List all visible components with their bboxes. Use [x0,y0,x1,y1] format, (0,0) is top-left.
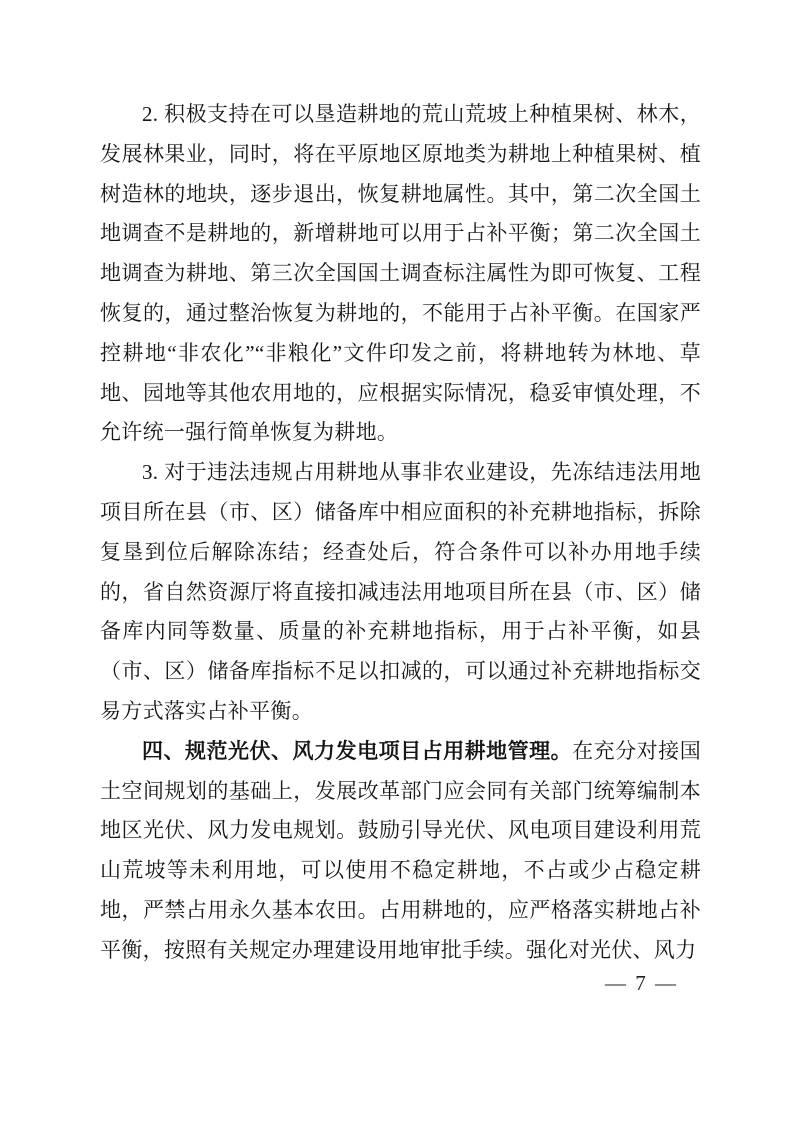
paragraph-item-2: 2. 积极支持在可以垦造耕地的荒山荒坡上种植果树、林木，发展林果业，同时，将在平… [100,95,701,453]
section-heading: 四、规范光伏、风力发电项目占用耕地管理。 [142,740,572,763]
page-number: — 7 — [605,971,678,996]
paragraph-section-4: 四、规范光伏、风力发电项目占用耕地管理。在充分对接国土空间规划的基础上，发展改革… [100,732,701,971]
paragraph-item-3: 3. 对于违法违规占用耕地从事非农业建设，先冻结违法用地项目所在县（市、区）储备… [100,453,701,732]
document-page: 2. 积极支持在可以垦造耕地的荒山荒坡上种植果树、林木，发展林果业，同时，将在平… [0,0,800,1131]
section-body-text: 在充分对接国土空间规划的基础上，发展改革部门应会同有关部门统筹编制本地区光伏、风… [100,739,701,962]
document-body: 2. 积极支持在可以垦造耕地的荒山荒坡上种植果树、林木，发展林果业，同时，将在平… [100,95,701,971]
